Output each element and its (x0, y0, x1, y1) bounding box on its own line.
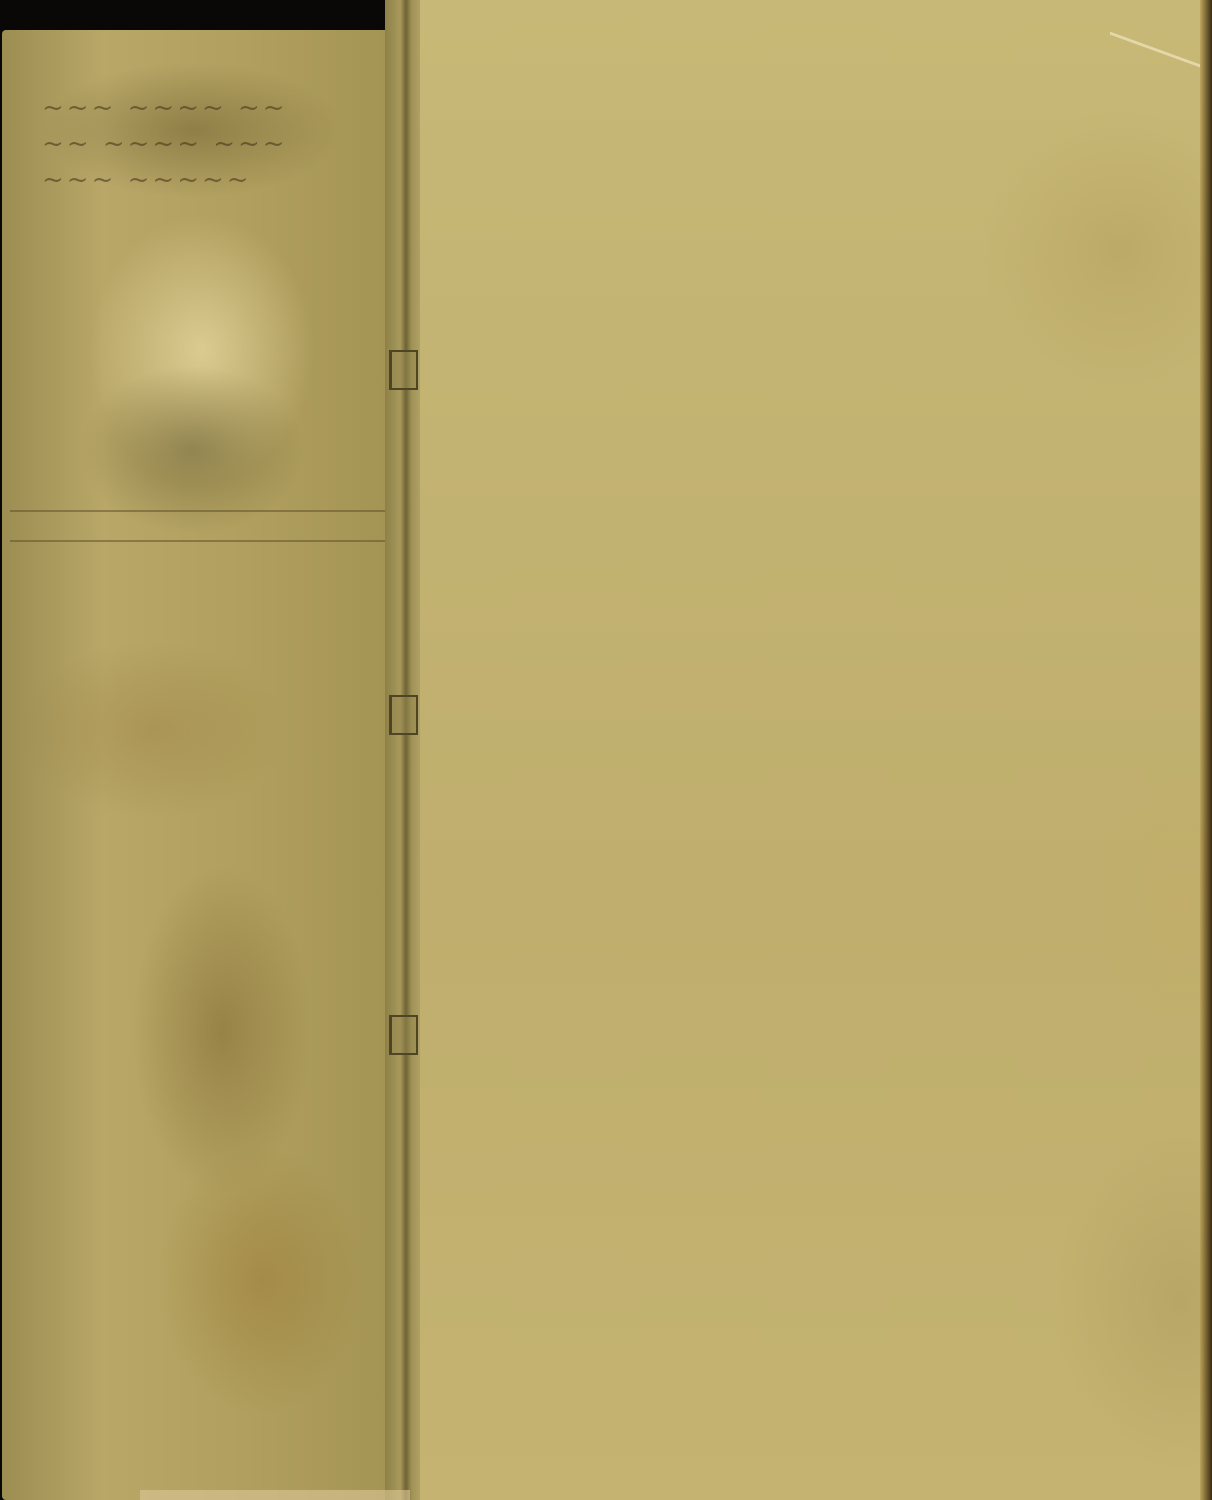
book-spine: ~~~ ~~~~ ~~ ~~ ~~~~ ~~~ ~~~ ~~~~~ (2, 30, 407, 1500)
book-front-cover (420, 0, 1212, 1500)
spine-band (10, 540, 400, 542)
upper-strap (389, 350, 418, 390)
lower-strap (389, 1015, 418, 1055)
spine-title-line: ~~~ ~~~~ ~~ (42, 90, 372, 126)
middle-strap (389, 695, 418, 735)
cover-right-edge (1200, 0, 1212, 1500)
spine-band (10, 510, 400, 512)
spine-bottom-edge (140, 1490, 410, 1500)
book-photo: ~~~ ~~~~ ~~ ~~ ~~~~ ~~~ ~~~ ~~~~~ (0, 0, 1212, 1500)
spine-title-line: ~~ ~~~~ ~~~ (42, 126, 372, 162)
spine-handwritten-title: ~~~ ~~~~ ~~ ~~ ~~~~ ~~~ ~~~ ~~~~~ (42, 90, 372, 230)
spine-title-line: ~~~ ~~~~~ (42, 162, 372, 198)
book-hinge (385, 0, 423, 1500)
